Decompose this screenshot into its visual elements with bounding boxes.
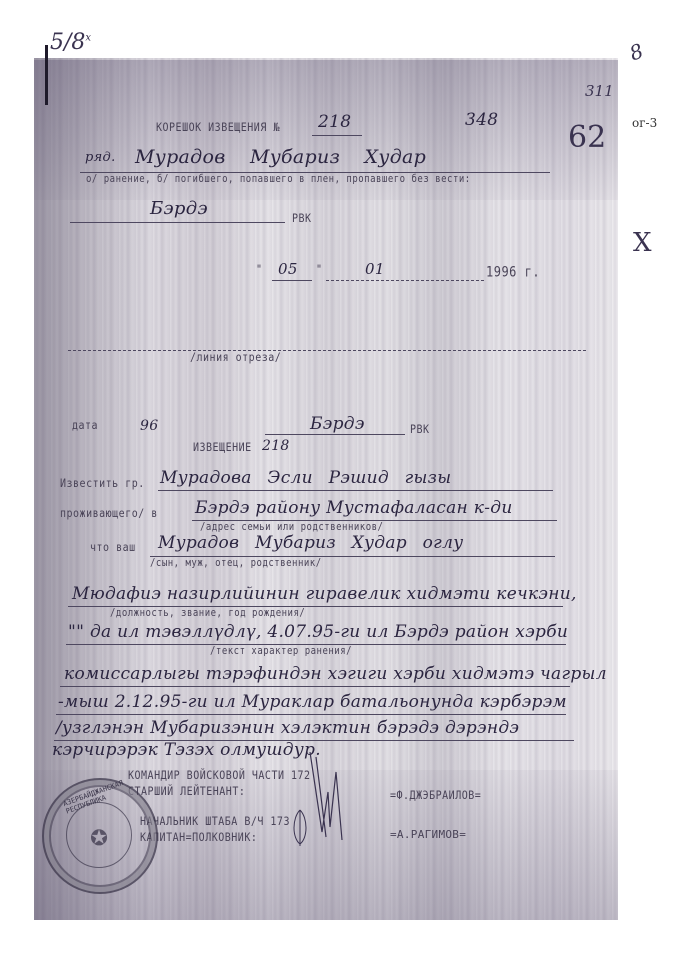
stub-date-month: 01 (365, 260, 385, 278)
notice-district-value: Бэрдэ (310, 414, 365, 434)
margin-mark-top-right: 8 (626, 39, 646, 66)
stub-date-day-line (272, 280, 312, 281)
notice-row5-line (66, 644, 566, 645)
notice-row7-line (56, 714, 566, 715)
official-stamp: АЗЕРБАЙДЖАНСКАЯ РЕСПУБЛИКА ✪ (42, 778, 158, 894)
stub-date-quote-open: " (256, 264, 263, 277)
stub-header-label: КОРЕШОК ИЗВЕЩЕНИЯ № (156, 122, 280, 135)
notice-row1-line (158, 490, 553, 491)
stub-date-month-line (326, 280, 486, 281)
signature-commander-name: =Ф.ДЖЭБРАИЛОВ= (390, 790, 481, 803)
signature-chief-name: =А.РАГИМОВ= (390, 828, 466, 841)
stub-secondary-number: 348 (465, 110, 498, 130)
notice-row7-value: -мыш 2.12.95-ги ил Мураклар батальонунда… (58, 692, 567, 712)
notice-row2-label: проживающего/ в (60, 508, 158, 521)
notice-row3-line (150, 556, 555, 557)
stub-district-line (70, 222, 285, 223)
notice-district-suffix: РВК (410, 424, 430, 437)
notice-row2-caption: /адрес семьи или родственников/ (200, 522, 383, 534)
stub-date-quote-close: " (316, 264, 323, 277)
margin-note-top-left: 5/8x (50, 30, 91, 55)
cut-line (68, 350, 588, 351)
signature-commander-rank: СТАРШИЙ ЛЕЙТЕНАНТ: (128, 786, 245, 799)
notice-row5-caption: /текст характер ранения/ (210, 646, 352, 658)
notice-row6-line (60, 686, 570, 687)
margin-number-311: 311 (585, 82, 614, 100)
notice-row4-line (68, 606, 563, 607)
stub-date-year: 1996 г. (486, 264, 540, 280)
notice-number: 218 (262, 438, 290, 454)
blank-top-strip (34, 22, 618, 58)
stub-status-caption: о/ ранение, б/ погибшего, попавшего в пл… (86, 174, 471, 186)
stub-district-value: Бэрдэ (150, 198, 208, 219)
stub-name-line (80, 172, 550, 173)
margin-cross: X (633, 228, 652, 258)
notice-row4-caption: /должность, звание, год рождения/ (110, 608, 305, 620)
stub-number: 218 (318, 112, 351, 132)
notice-date-label: дата (72, 420, 98, 433)
margin-bar (45, 45, 48, 105)
notice-title: ИЗВЕЩЕНИЕ (193, 442, 252, 455)
stub-date-day: 05 (278, 260, 298, 278)
notice-row1-label: Известить гр. (60, 478, 145, 491)
notice-district-line (265, 434, 405, 435)
stub-recipient-name: Мурадов Мубариз Худар (135, 146, 426, 168)
notice-row2-value: Бэрдэ району Мустафаласан к-ди (195, 498, 513, 518)
notice-row3-label: что ваш (90, 542, 136, 555)
notice-row6-value: комиссарлыгы тэрэфиндэн хэгиги хэрби хид… (64, 664, 607, 684)
notice-row3-caption: /сын, муж, отец, родственник/ (150, 558, 322, 570)
initials-signature-icon (290, 808, 310, 848)
notice-row5-value: "" да ил тэвэллүдлү, 4.07.95-ги ил Бэрдэ… (68, 622, 568, 642)
stub-recipient-prefix: ряд. (85, 150, 116, 165)
stub-district-suffix: РВК (292, 213, 312, 226)
notice-row4-value: Мюдафиэ назирлийинин гиравелик хидмэти к… (72, 584, 577, 604)
cut-line-label: /линия отреза/ (190, 352, 281, 365)
notice-row8-value: /узглэнэн Мубаризэнин хэлэктин бэрэдэ дэ… (56, 718, 519, 738)
notice-row3-value: Мурадов Мубариз Худар оглу (158, 533, 463, 553)
notice-row1-value: Мурадова Эсли Рэшид гызы (160, 468, 451, 488)
notice-date-value: 96 (140, 418, 158, 434)
signature-chief-title: НАЧАЛЬНИК ШТАБА В/Ч 173 (140, 816, 290, 829)
form-code: ог-3 (632, 116, 657, 130)
stub-number-underline (312, 135, 362, 136)
page-number: 62 (568, 120, 606, 155)
notice-row2-line (192, 520, 557, 521)
emblem-icon: ✪ (66, 802, 132, 868)
signature-commander-title: КОМАНДИР ВОЙСКОВОЙ ЧАСТИ 172 (128, 770, 311, 783)
notice-row9-value: кэрчирэрэк Тэзэх олмушдур. (52, 740, 321, 760)
